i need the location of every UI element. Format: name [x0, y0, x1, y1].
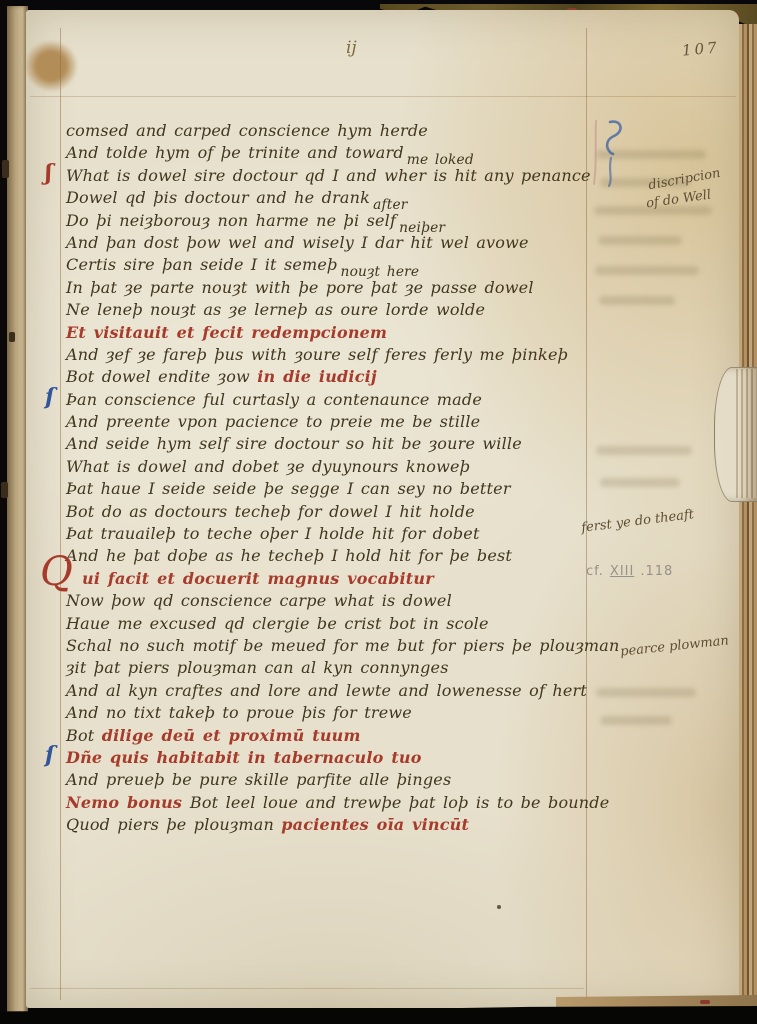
- text-line: And al kyn craftes and lore and lewte an…: [66, 680, 626, 702]
- text-segment: And seide hym self sire doctour so hit b…: [66, 434, 522, 453]
- text-segment: Et visitauit et fecit redempcionem: [66, 323, 387, 342]
- red-edge-speck: [700, 1000, 710, 1004]
- pencil-cf: cf.: [586, 564, 604, 579]
- paraph-mark-blue: ſ: [45, 744, 55, 766]
- text-segment: Now þow qd conscience carpe what is dowe…: [66, 591, 452, 610]
- text-line: Qui facit et docuerit magnus vocabitur: [66, 568, 626, 590]
- pencil-passus: XIII: [610, 564, 634, 579]
- text-line: Do þi neiȝborouȝ non harme ne þi selfnei…: [66, 210, 626, 232]
- text-segment: Þat trauaileþ to teche oþer I holde hit …: [66, 524, 480, 543]
- spine-shadow: [0, 0, 7, 1024]
- text-line: And þan dost þow wel and wisely I dar hi…: [66, 232, 626, 254]
- text-line: Þat trauaileþ to teche oþer I holde hit …: [66, 523, 626, 545]
- ruling-line-bottom: [30, 988, 584, 989]
- text-segment: Ne leneþ nouȝt as ȝe lerneþ as oure lord…: [66, 300, 485, 319]
- spine-notch: [1, 482, 8, 498]
- fore-edge-tab-streaks: [736, 369, 756, 498]
- spine-notch: [9, 332, 15, 342]
- text-segment: And þan dost þow wel and wisely I dar hi…: [66, 233, 529, 252]
- rubric-initial-q: Q: [40, 561, 73, 583]
- text-line: Þat haue I seide seide þe segge I can se…: [66, 478, 626, 500]
- text-segment: pacientes oīa vincūt: [281, 815, 469, 834]
- text-line: Bot dilige deū et proximū tuum: [66, 725, 626, 747]
- text-line: And no tixt takeþ to proue þis for trewe: [66, 702, 626, 724]
- text-segment: And al kyn craftes and lore and lewte an…: [66, 681, 587, 700]
- text-line: Quod piers þe plouȝman pacientes oīa vin…: [66, 814, 626, 836]
- text-line: Schal no such motif be meued for me but …: [66, 635, 626, 657]
- text-line: And he þat doþe as he techeþ I hold hit …: [66, 545, 626, 567]
- text-segment: And tolde hym of þe trinite and toward: [66, 143, 404, 162]
- text-line: Bot do as doctours techeþ for dowel I hi…: [66, 501, 626, 523]
- text-segment: dilige deū et proximū tuum: [102, 726, 361, 745]
- text-segment: Certis sire þan seide I it semeþ: [66, 255, 338, 274]
- text-segment: Haue me excused qd clergie be crist bot …: [66, 614, 489, 633]
- text-line: Certis sire þan seide I it semeþnouȝt he…: [66, 254, 626, 276]
- background-bottom-edge: [0, 1006, 757, 1024]
- text-line: And seide hym self sire doctour so hit b…: [66, 433, 626, 455]
- text-segment: Bot dowel endite ȝow: [66, 367, 257, 386]
- text-line: Nemo bonus Bot leel loue and trewþe þat …: [66, 792, 626, 814]
- text-line: In þat ȝe parte nouȝt with þe pore þat ȝ…: [66, 277, 626, 299]
- text-segment: Quod piers þe plouȝman: [66, 815, 281, 834]
- paraph-mark-blue: ſ: [45, 386, 55, 408]
- text-line: Haue me excused qd clergie be crist bot …: [66, 613, 626, 635]
- text-block: comsed and carped conscience hym herdeAn…: [66, 120, 626, 837]
- fore-edge-page-stack: [739, 24, 757, 1004]
- spine-notch: [2, 160, 9, 178]
- text-line: And preueþ be pure skille parfite alle þ…: [66, 769, 626, 791]
- text-segment: Dñe quis habitabit in tabernaculo tuo: [66, 748, 422, 767]
- text-segment: And preente vpon pacience to preie me be…: [66, 412, 480, 431]
- text-line: Ne leneþ nouȝt as ȝe lerneþ as oure lord…: [66, 299, 626, 321]
- folio-number: 107: [681, 38, 720, 59]
- manuscript-photo: ij 107 comsed and carped conscience hym …: [0, 0, 757, 1024]
- text-line: Now þow qd conscience carpe what is dowe…: [66, 590, 626, 612]
- pencil-line-number: .118: [640, 564, 673, 579]
- text-line: Dowel qd þis doctour and he drankafter: [66, 187, 626, 209]
- text-line: ʃWhat is dowel sire doctour qd I and whe…: [66, 165, 626, 187]
- text-line: ſÞan conscience ful curtasly a contenaun…: [66, 389, 626, 411]
- quire-mark: ij: [346, 38, 357, 58]
- ruling-line-top: [30, 96, 736, 97]
- text-segment: And no tixt takeþ to proue þis for trewe: [66, 703, 412, 722]
- text-segment: What is dowel and dobet ȝe dyuynours kno…: [66, 457, 470, 476]
- text-segment: And ȝef ȝe fareþ þus with ȝoure self fer…: [66, 345, 568, 364]
- text-line: ȝit þat piers plouȝman can al kyn connyn…: [66, 657, 626, 679]
- pencil-reference-note: cf.XIII.118: [586, 564, 673, 579]
- ink-dot: [497, 905, 501, 909]
- text-line: ſDñe quis habitabit in tabernaculo tuo: [66, 747, 626, 769]
- text-segment: Þat haue I seide seide þe segge I can se…: [66, 479, 511, 498]
- text-line: And ȝef ȝe fareþ þus with ȝoure self fer…: [66, 344, 626, 366]
- text-segment: Þan conscience ful curtasly a contenaunc…: [66, 390, 482, 409]
- text-segment: Schal no such motif be meued for me but …: [66, 636, 620, 655]
- text-segment: And preueþ be pure skille parfite alle þ…: [66, 770, 451, 789]
- text-segment: Do þi neiȝborouȝ non harme ne þi self: [66, 211, 396, 230]
- previous-leaf-edge: [7, 6, 28, 1018]
- text-segment: Nemo bonus: [66, 793, 190, 812]
- text-line: And preente vpon pacience to preie me be…: [66, 411, 626, 433]
- text-line: What is dowel and dobet ȝe dyuynours kno…: [66, 456, 626, 478]
- text-segment: ȝit þat piers plouȝman can al kyn connyn…: [66, 658, 449, 677]
- text-segment: comsed and carped conscience hym herde: [66, 121, 428, 140]
- text-segment: Bot leel loue and trewþe þat loþ is to b…: [190, 793, 610, 812]
- text-segment: What is dowel sire doctour qd I and wher…: [66, 166, 591, 185]
- text-segment: Bot: [66, 726, 102, 745]
- text-line: comsed and carped conscience hym herde: [66, 120, 626, 142]
- text-line: Et visitauit et fecit redempcionem: [66, 322, 626, 344]
- text-line: Bot dowel endite ȝow in die iudicij: [66, 366, 626, 388]
- text-segment: In þat ȝe parte nouȝt with þe pore þat ȝ…: [66, 278, 534, 297]
- text-segment: Bot do as doctours techeþ for dowel I hi…: [66, 502, 475, 521]
- text-segment: And he þat doþe as he techeþ I hold hit …: [66, 546, 512, 565]
- paraph-mark-red: ʃ: [45, 162, 52, 184]
- ruling-line-left: [60, 28, 61, 1000]
- text-segment: Dowel qd þis doctour and he drank: [66, 188, 370, 207]
- text-line: And tolde hym of þe trinite and towardme…: [66, 142, 626, 164]
- text-segment: in die iudicij: [257, 367, 377, 386]
- text-segment: ui facit et docuerit magnus vocabitur: [82, 569, 434, 588]
